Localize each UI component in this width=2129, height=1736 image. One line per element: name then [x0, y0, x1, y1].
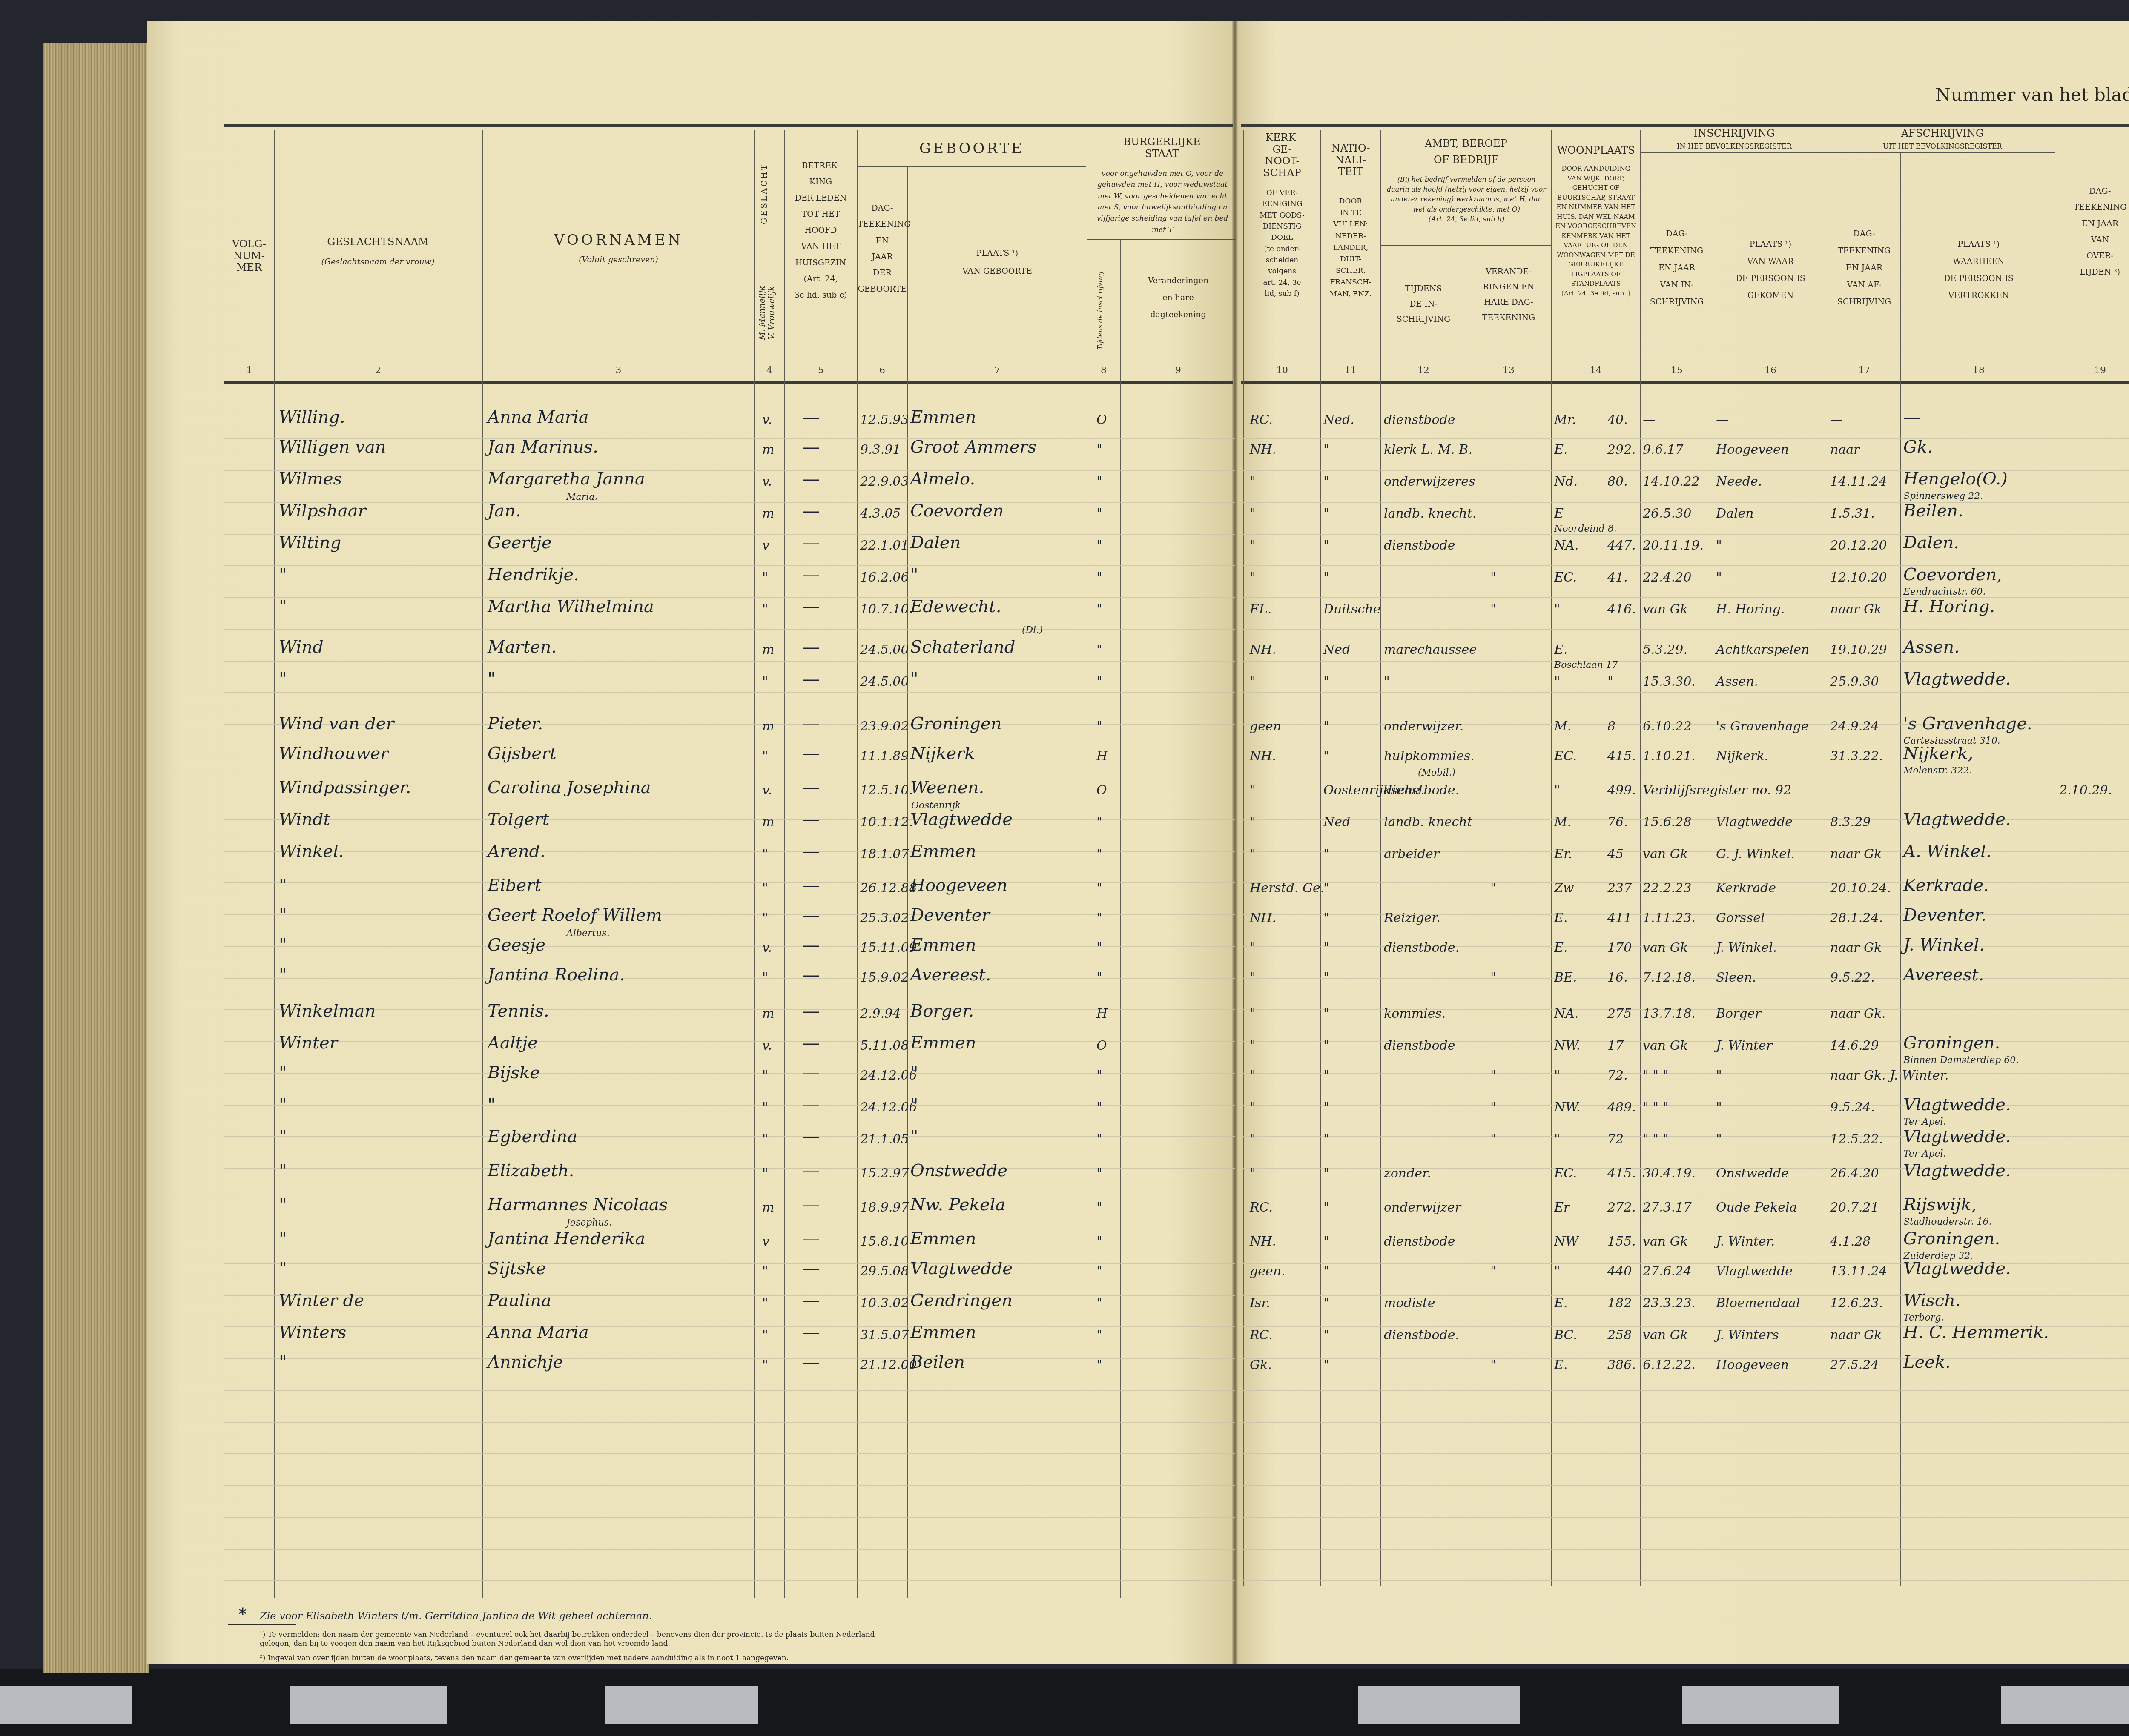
column-divider — [2057, 130, 2057, 1586]
row-8-c2: Wind — [279, 639, 324, 656]
row-22-c11: " — [1323, 1101, 1329, 1114]
row-1-c10: RC. — [1250, 414, 1273, 427]
row-rule — [1241, 1390, 2129, 1391]
row-6-c18b: Eendrachtstr. 60. — [1903, 587, 1986, 597]
row-7-c14b: 416. — [1607, 603, 1636, 616]
page-stack-left — [43, 43, 149, 1673]
row-23-c10: " — [1250, 1133, 1256, 1146]
row-24-c12: zonder. — [1384, 1167, 1431, 1180]
row-3-c14b: 80. — [1607, 476, 1628, 488]
row-21-c14b: 72. — [1607, 1069, 1628, 1082]
row-8-c18: Assen. — [1903, 639, 1960, 656]
row-18-c13: " — [1490, 971, 1496, 984]
row-13-c2: Windt — [279, 811, 330, 828]
column-divider — [754, 130, 755, 1598]
row-10-c6: 23.9.02 — [860, 720, 909, 733]
row-23-c15: " " " — [1643, 1133, 1668, 1146]
inschrijving-rule — [1640, 152, 1828, 153]
column-number: 4 — [755, 365, 784, 376]
row-30-c17: 27.5.24 — [1830, 1359, 1879, 1372]
row-6-c16: " — [1716, 571, 1722, 584]
row-12-c4: v. — [762, 784, 772, 797]
row-11-c16: Nijkerk. — [1716, 750, 1768, 763]
header-nationaliteit-sub: DOOR IN TE VULLEN: NEDER- LANDER, DUIT- … — [1321, 196, 1380, 300]
row-23-c18: Vlagtwedde. — [1903, 1128, 2011, 1145]
row-12-c15: Verblijfsregister no. 92 — [1643, 784, 1791, 797]
row-9-c14b: " — [1607, 676, 1613, 688]
row-29-c3: Anna Maria — [488, 1324, 589, 1341]
header-kerkgenootschap: KERK- GE- NOOT- SCHAP — [1244, 132, 1320, 179]
row-26-c4: v — [762, 1235, 769, 1248]
row-20-c14b: 17 — [1607, 1040, 1624, 1052]
row-21-c16: " — [1716, 1069, 1722, 1082]
row-16-c12: Reiziger. — [1384, 912, 1440, 925]
row-6-c15: 22.4.20 — [1643, 571, 1692, 584]
column-number: 14 — [1552, 365, 1640, 376]
row-23-c17: 12.5.22. — [1830, 1133, 1883, 1146]
row-20-c14: NW. — [1554, 1040, 1580, 1052]
row-2-c10: NH. — [1250, 444, 1276, 456]
row-7-c4: " — [762, 603, 768, 616]
row-24-c4: " — [762, 1167, 768, 1180]
header-geslachtsnaam-sub: (Geslachtsnaam der vrouw) — [275, 258, 481, 267]
row-6-c4: " — [762, 571, 768, 584]
row-18-c7: Avereest. — [910, 966, 991, 983]
column-number: 2 — [275, 365, 481, 376]
row-rule — [224, 1358, 1235, 1359]
row-17-c14: E. — [1554, 942, 1567, 954]
row-29-c5: — — [803, 1324, 820, 1341]
row-17-c11: " — [1323, 942, 1329, 954]
row-rule — [1241, 1517, 2129, 1518]
row-23-c3: Egberdina — [488, 1128, 577, 1145]
row-3-c11: " — [1323, 476, 1329, 488]
row-11-c18b: Molenstr. 322. — [1903, 766, 1972, 776]
row-26-c8: " — [1096, 1235, 1102, 1248]
header-top-rule — [1241, 124, 2129, 127]
row-28-c7: Gendringen — [910, 1292, 1013, 1309]
row-5-c10: " — [1250, 539, 1256, 552]
row-29-c6: 31.5.07 — [860, 1329, 909, 1342]
column-divider — [1243, 130, 1244, 1586]
row-25-c15: 27.3.17 — [1643, 1201, 1692, 1214]
row-9-c11: " — [1323, 676, 1329, 688]
header-woonplaats: WOONPLAATS — [1552, 145, 1640, 157]
row-8-c16: Achtkarspelen — [1716, 644, 1809, 656]
header-beroep-tijdens: TIJDENS DE IN- SCHRIJVING — [1381, 281, 1466, 327]
row-12-c10: " — [1250, 784, 1256, 797]
row-4-c14c: Noordeind 8. — [1554, 524, 1617, 534]
row-5-c14: NA. — [1554, 539, 1578, 552]
row-23-c8: " — [1096, 1133, 1102, 1146]
row-25-c3: Harmannes Nicolaas — [488, 1196, 668, 1213]
row-21-c2: " — [279, 1064, 287, 1081]
row-17-c18: J. Winkel. — [1903, 937, 1985, 954]
row-18-c18: Avereest. — [1903, 966, 1984, 983]
row-16-c11: " — [1323, 912, 1329, 925]
column-number: 19 — [2057, 365, 2129, 376]
row-10-c7: Groningen — [910, 715, 1002, 732]
row-19-c10: " — [1250, 1008, 1256, 1020]
row-26-c16: J. Winter. — [1716, 1235, 1775, 1248]
row-18-c6: 15.9.02 — [860, 971, 909, 984]
row-25-c8: " — [1096, 1201, 1102, 1214]
row-3-c5: — — [803, 470, 820, 487]
row-30-c7: Beilen — [910, 1354, 965, 1371]
row-rule — [1241, 1453, 2129, 1454]
row-7-c10: EL. — [1250, 603, 1271, 616]
row-27-c14b: 440 — [1607, 1265, 1632, 1278]
row-1-c6: 12.5.93 — [860, 414, 909, 427]
row-14-c15: van Gk — [1643, 848, 1688, 861]
row-9-c17: 25.9.30 — [1830, 676, 1879, 688]
row-19-c3: Tennis. — [488, 1003, 549, 1020]
row-23-c5: — — [803, 1128, 820, 1145]
row-28-c8: " — [1096, 1297, 1102, 1310]
row-26-c12: dienstbode — [1384, 1235, 1455, 1248]
color-scale-block — [1682, 1686, 1839, 1724]
row-10-c12: onderwijzer. — [1384, 720, 1463, 733]
row-11-c15: 1.10.21. — [1643, 750, 1696, 763]
row-30-c5: — — [803, 1354, 820, 1371]
row-rule — [224, 851, 1235, 852]
row-23-c7: " — [910, 1128, 918, 1145]
row-27-c7: Vlagtwedde — [910, 1260, 1013, 1277]
header-geboorte-plaats: PLAATS ¹) VAN GEBOORTE — [908, 245, 1087, 281]
row-12-c7b: Oostenrijk — [911, 801, 961, 811]
row-30-c6: 21.12.00 — [860, 1359, 917, 1372]
column-divider — [1120, 240, 1121, 1598]
footnote-1: ¹) Te vermelden: den naam der gemeente v… — [260, 1630, 907, 1649]
row-20-c15: van Gk — [1643, 1040, 1688, 1052]
row-rule — [1241, 629, 2129, 630]
row-15-c3: Eibert — [488, 877, 541, 894]
row-21-c13: " — [1490, 1069, 1496, 1082]
row-17-c4: v. — [762, 942, 772, 954]
row-18-c8: " — [1096, 971, 1102, 984]
row-28-c10: Isr. — [1250, 1297, 1270, 1310]
row-25-c3b: Josephus. — [566, 1218, 612, 1228]
row-13-c10: " — [1250, 816, 1256, 829]
row-22-c14: NW. — [1554, 1101, 1580, 1114]
row-9-c4: " — [762, 676, 768, 688]
row-rule — [224, 1453, 1235, 1454]
row-rule — [224, 1041, 1235, 1042]
row-22-c6: 24.12.06 — [860, 1101, 917, 1114]
row-rule — [224, 1422, 1235, 1423]
row-3-c15: 14.10.22 — [1643, 476, 1700, 488]
row-rule — [1241, 692, 2129, 693]
row-27-c15: 27.6.24 — [1643, 1265, 1692, 1278]
row-25-c14: Er — [1554, 1201, 1569, 1214]
row-12-c6: 12.5.10. — [860, 784, 913, 797]
row-21-c10: " — [1250, 1069, 1256, 1082]
row-14-c18: A. Winkel. — [1903, 843, 1991, 860]
header-betrekking: BETREK- KING DER LEDEN TOT HET HOOFD VAN… — [786, 158, 856, 303]
row-6-c7: " — [910, 566, 918, 583]
row-17-c12: dienstbode. — [1384, 942, 1459, 954]
row-15-c14: Zw — [1554, 882, 1574, 895]
row-4-c17: 1.5.31. — [1830, 507, 1875, 520]
row-1-c11: Ned. — [1323, 414, 1354, 427]
row-27-c3: Sijtske — [488, 1260, 546, 1277]
header-inschrijving-plaats: PLAATS ¹) VAN WAAR DE PERSOON IS GEKOMEN — [1713, 236, 1828, 304]
row-17-c5: — — [803, 937, 820, 954]
row-4-c11: " — [1323, 507, 1329, 520]
book-gutter — [1232, 21, 1238, 1664]
row-21-c8: " — [1096, 1069, 1102, 1082]
row-26-c14: NW — [1554, 1235, 1578, 1248]
row-10-c8: " — [1096, 720, 1102, 733]
row-26-c6: 15.8.10 — [860, 1235, 909, 1248]
row-10-c16: 's Gravenhage — [1716, 720, 1809, 733]
row-14-c12: arbeider — [1384, 848, 1439, 861]
row-rule — [224, 978, 1235, 979]
row-15-c5: — — [803, 877, 820, 894]
row-19-c5: — — [803, 1003, 820, 1020]
row-2-c14b: 292. — [1607, 444, 1636, 456]
row-rule — [224, 1580, 1235, 1581]
row-rule — [224, 819, 1235, 820]
row-29-c7: Emmen — [910, 1324, 976, 1341]
row-21-c5: — — [803, 1064, 820, 1081]
row-16-c6: 25.3.02 — [860, 912, 909, 925]
row-14-c8: " — [1096, 848, 1102, 861]
row-9-c18: Vlagtwedde. — [1903, 670, 2011, 688]
row-6-c3: Hendrikje. — [488, 566, 579, 583]
row-4-c8: " — [1096, 507, 1102, 520]
footnote-2: ²) Ingeval van overlijden buiten de woon… — [260, 1654, 907, 1663]
row-21-c3: Bijske — [488, 1064, 540, 1081]
row-4-c14: E — [1554, 507, 1564, 520]
row-22-c18b: Ter Apel. — [1903, 1117, 1946, 1127]
header-voornamen: VOORNAMEN — [483, 232, 754, 249]
row-3-c6: 22.9.03 — [860, 476, 909, 488]
row-28-c14: E. — [1554, 1297, 1567, 1310]
row-25-c17: 20.7.21 — [1830, 1201, 1879, 1214]
row-27-c14: " — [1554, 1265, 1560, 1278]
color-scale-block — [2001, 1686, 2129, 1724]
row-6-c2: " — [279, 566, 287, 583]
column-number: 8 — [1087, 365, 1120, 376]
row-16-c4: " — [762, 912, 768, 925]
header-inschrijving: INSCHRIJVING — [1641, 128, 1828, 140]
row-8-c8: " — [1096, 644, 1102, 656]
row-9-c2: " — [279, 670, 287, 688]
row-22-c13: " — [1490, 1101, 1496, 1114]
header-tijdens-inschrijving: Tijdens de inschrijving — [1096, 268, 1104, 353]
row-8-c17: 19.10.29 — [1830, 644, 1887, 656]
row-6-c11: " — [1323, 571, 1329, 584]
row-15-c2: " — [279, 877, 287, 894]
row-26-c11: " — [1323, 1235, 1329, 1248]
row-25-c10: RC. — [1250, 1201, 1273, 1214]
row-11-c2: Windhouwer — [279, 745, 388, 762]
row-6-c5: — — [803, 566, 820, 583]
row-1-c14b: 40. — [1607, 414, 1628, 427]
row-3-c17: 14.11.24 — [1830, 476, 1887, 488]
row-26-c17: 4.1.28 — [1830, 1235, 1871, 1248]
row-4-c15: 26.5.30 — [1643, 507, 1692, 520]
row-2-c16: Hoogeveen — [1716, 444, 1789, 456]
row-rule — [1241, 1422, 2129, 1423]
row-5-c8: " — [1096, 539, 1102, 552]
column-divider — [1828, 130, 1828, 1586]
row-20-c11: " — [1323, 1040, 1329, 1052]
row-21-c7: " — [910, 1064, 918, 1081]
column-divider — [1380, 130, 1381, 1586]
row-12-c14: " — [1554, 784, 1560, 797]
row-16-c8: " — [1096, 912, 1102, 925]
row-29-c14: BC. — [1554, 1329, 1577, 1342]
row-30-c11: " — [1323, 1359, 1329, 1372]
row-8-c7a: (Dl.) — [1022, 626, 1043, 635]
row-5-c3: Geertje — [488, 534, 552, 551]
row-16-c5: — — [803, 907, 820, 924]
row-24-c6: 15.2.97 — [860, 1167, 909, 1180]
row-2-c14: E. — [1554, 444, 1567, 456]
row-15-c14b: 237 — [1607, 882, 1632, 895]
column-divider — [857, 130, 858, 1598]
row-2-c2: Willigen van — [279, 438, 386, 455]
row-5-c16: " — [1716, 539, 1722, 552]
row-10-c5: — — [803, 715, 820, 732]
row-3-c16: Neede. — [1716, 476, 1762, 488]
row-19-c11: " — [1323, 1008, 1329, 1020]
row-18-c14b: 16. — [1607, 971, 1628, 984]
row-24-c10: " — [1250, 1167, 1256, 1180]
row-3-c8: " — [1096, 476, 1102, 488]
row-25-c18b: Stadhouderstr. 16. — [1903, 1217, 1992, 1227]
row-19-c15: 13.7.18. — [1643, 1008, 1696, 1020]
row-4-c5: — — [803, 502, 820, 519]
row-11-c5: — — [803, 745, 820, 762]
column-divider — [1640, 130, 1641, 1586]
row-27-c18: Vlagtwedde. — [1903, 1260, 2011, 1277]
row-rule — [224, 1168, 1235, 1169]
column-number: 6 — [858, 365, 907, 376]
header-beroep-veranderingen: VERANDE- RINGEN EN HARE DAG- TEEKENING — [1466, 264, 1551, 325]
header-top-rule-thin — [224, 129, 1233, 129]
row-20-c7: Emmen — [910, 1034, 976, 1051]
row-2-c18: Gk. — [1903, 438, 1933, 455]
row-1-c7: Emmen — [910, 409, 976, 426]
column-number: 5 — [785, 365, 857, 376]
row-25-c4: m — [762, 1201, 774, 1214]
row-23-c2: " — [279, 1128, 287, 1145]
row-11-c18: Nijkerk, — [1903, 745, 1973, 762]
row-27-c2: " — [279, 1260, 287, 1277]
row-rule — [1241, 438, 2129, 439]
row-10-c14: M. — [1554, 720, 1571, 733]
row-23-c14b: 72 — [1607, 1133, 1624, 1146]
header-afschrijving-sub: UIT HET BEVOLKINGSREGISTER — [1828, 143, 2057, 150]
row-20-c4: v. — [762, 1040, 772, 1052]
row-8-c11: Ned — [1323, 644, 1350, 656]
row-14-c17: naar Gk — [1830, 848, 1882, 861]
row-20-c8: O — [1096, 1040, 1107, 1052]
row-17-c2: " — [279, 937, 287, 954]
row-23-c13: " — [1490, 1133, 1496, 1146]
row-25-c14b: 272. — [1607, 1201, 1636, 1214]
header-geboorte-datum: DAG- TEEKENING EN JAAR DER GEBOORTE — [858, 200, 907, 297]
row-4-c18: Beilen. — [1903, 502, 1963, 519]
row-23-c6: 21.1.05 — [860, 1133, 909, 1146]
row-7-c2: " — [279, 598, 287, 615]
row-6-c13: " — [1490, 571, 1496, 584]
row-19-c14: NA. — [1554, 1008, 1578, 1020]
row-13-c14b: 76. — [1607, 816, 1628, 829]
column-divider — [784, 130, 785, 1598]
row-10-c10: geen — [1250, 720, 1281, 733]
row-22-c3: " — [488, 1096, 495, 1113]
row-15-c6: 26.12.88 — [860, 882, 917, 895]
asterisk-mark: * — [238, 1604, 247, 1623]
row-27-c6: 29.5.08 — [860, 1265, 909, 1278]
row-29-c4: " — [762, 1329, 768, 1342]
row-15-c8: " — [1096, 882, 1102, 895]
row-7-c16: H. Horing. — [1716, 603, 1785, 616]
header-beroep-sub: (Bij het bedrijf vermelden of de persoon… — [1386, 175, 1547, 224]
row-8-c6: 24.5.00 — [860, 644, 909, 656]
row-7-c13: " — [1490, 603, 1496, 616]
row-26-c3: Jantina Henderika — [488, 1230, 645, 1247]
row-22-c7: " — [910, 1096, 918, 1113]
row-4-c2: Wilpshaar — [279, 502, 366, 519]
row-28-c2: Winter de — [279, 1292, 364, 1309]
header-burgerlijke-staat-sub: voor ongehuwden met O, voor de gehuwden … — [1090, 168, 1235, 235]
row-15-c16: Kerkrade — [1716, 882, 1776, 895]
row-8-c4: m — [762, 644, 774, 656]
row-7-c17: naar Gk — [1830, 603, 1882, 616]
row-5-c18: Dalen. — [1903, 534, 1959, 551]
row-rule — [1241, 661, 2129, 662]
row-27-c10: geen. — [1250, 1265, 1285, 1278]
row-5-c15: 20.11.19. — [1643, 539, 1704, 552]
row-11-c12: hulpkommies. — [1384, 750, 1475, 763]
row-23-c4: " — [762, 1133, 768, 1146]
row-28-c15: 23.3.23. — [1643, 1297, 1696, 1310]
row-12-c5: — — [803, 779, 820, 796]
row-21-c15: " " " — [1643, 1069, 1668, 1082]
row-18-c16: Sleen. — [1716, 971, 1756, 984]
row-16-c2: " — [279, 907, 287, 924]
row-1-c15: — — [1643, 414, 1656, 427]
color-scale-block — [290, 1686, 447, 1724]
column-number: 17 — [1828, 365, 1900, 376]
row-29-c12: dienstbode. — [1384, 1329, 1459, 1342]
row-3-c3: Margaretha Janna — [488, 470, 645, 487]
row-12-c12: dienstbode. — [1384, 784, 1459, 797]
row-13-c12: landb. knecht — [1384, 816, 1472, 829]
row-20-c16: J. Winter — [1716, 1040, 1772, 1052]
row-26-c15: van Gk — [1643, 1235, 1688, 1248]
row-28-c3: Paulina — [488, 1292, 551, 1309]
row-11-c14b: 415. — [1607, 750, 1636, 763]
row-25-c6: 18.9.97 — [860, 1201, 909, 1214]
row-11-c3: Gijsbert — [488, 745, 557, 762]
row-14-c5: — — [803, 843, 820, 860]
row-1-c2: Willing. — [279, 409, 345, 426]
row-11-c12b: (Mobil.) — [1418, 768, 1455, 778]
row-4-c7: Coevorden — [910, 502, 1004, 519]
row-13-c16: Vlagtwedde — [1716, 816, 1793, 829]
header-top-rule — [224, 124, 1233, 127]
row-20-c18b: Binnen Damsterdiep 60. — [1903, 1056, 2019, 1065]
row-24-c15: 30.4.19. — [1643, 1167, 1696, 1180]
row-2-c6: 9.3.91 — [860, 444, 901, 456]
row-8-c12: marechaussee — [1384, 644, 1477, 656]
